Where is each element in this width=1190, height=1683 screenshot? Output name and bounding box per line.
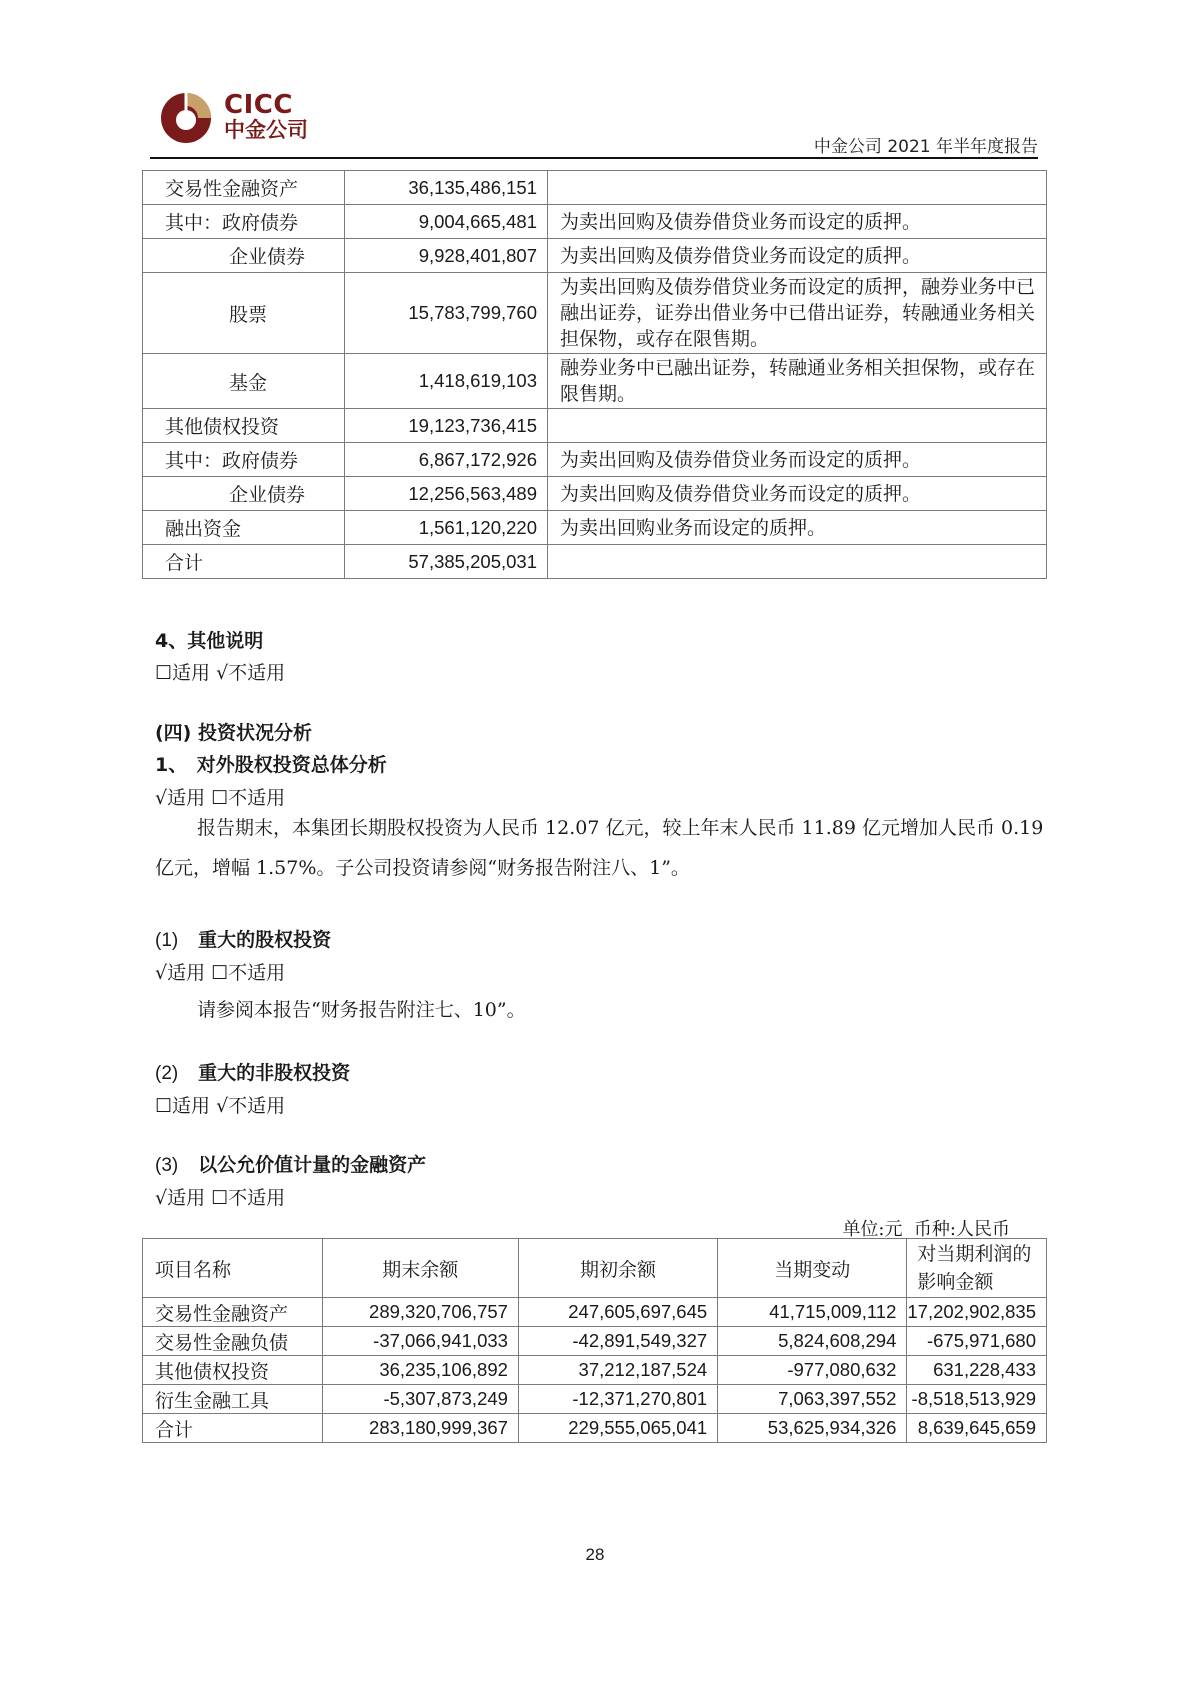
investment-analysis-heading: (四) 投资状况分析 [155,718,312,745]
table-row: 交易性金融资产 36,135,486,151 [143,171,1047,205]
item-cell: 其他债权投资 [143,409,345,443]
note-cell [548,545,1047,579]
header-profit-impact: 对当期利润的影响金额 [907,1239,1047,1298]
value-cell: -8,518,513,929 [907,1385,1047,1414]
other-notes-applicability: ☐适用 √不适用 [155,658,285,685]
cicc-logo: CICC 中金公司 [158,88,318,148]
amount-cell: 9,928,401,807 [345,239,548,273]
logo-text-en: CICC [224,92,308,118]
amount-cell: 36,135,486,151 [345,171,548,205]
table-row: 融出资金 1,561,120,220 为卖出回购业务而设定的质押。 [143,511,1047,545]
item-cell: 企业债券 [143,477,345,511]
item-cell: 交易性金融资产 [143,171,345,205]
note-cell: 为卖出回购及债券借贷业务而设定的质押。 [548,239,1047,273]
value-cell: 41,715,009,112 [718,1298,907,1327]
value-cell: 247,605,697,645 [518,1298,717,1327]
item-cell: 基金 [143,354,345,409]
table-row: 其中：政府债券 9,004,665,481 为卖出回购及债券借贷业务而设定的质押… [143,205,1047,239]
fair-value-applicability: √适用 ☐不适用 [155,1183,285,1210]
value-cell: -5,307,873,249 [322,1385,518,1414]
value-cell: 631,228,433 [907,1356,1047,1385]
major-non-equity-number: (2) [155,1063,178,1084]
value-cell: -977,080,632 [718,1356,907,1385]
major-equity-heading: (1) 重大的股权投资 [155,925,331,952]
equity-overall-heading: 1、 对外股权投资总体分析 [155,750,387,777]
fair-value-heading: (3) 以公允价值计量的金融资产 [155,1150,426,1177]
logo-mark-icon [158,88,218,148]
amount-cell: 15,783,799,760 [345,273,548,354]
amount-cell: 57,385,205,031 [345,545,548,579]
table-row: 衍生金融工具 -5,307,873,249 -12,371,270,801 7,… [143,1385,1047,1414]
table-row: 企业债券 12,256,563,489 为卖出回购及债券借贷业务而设定的质押。 [143,477,1047,511]
fair-value-table: 项目名称 期末余额 期初余额 当期变动 对当期利润的影响金额 交易性金融资产 2… [142,1238,1047,1443]
item-cell: 企业债券 [143,239,345,273]
item-cell: 衍生金融工具 [143,1385,323,1414]
pledged-assets-table: 交易性金融资产 36,135,486,151 其中：政府债券 9,004,665… [142,170,1047,579]
value-cell: 37,212,187,524 [518,1356,717,1385]
item-cell: 交易性金融负债 [143,1327,323,1356]
amount-cell: 9,004,665,481 [345,205,548,239]
value-cell: 36,235,106,892 [322,1356,518,1385]
fair-value-number: (3) [155,1155,178,1176]
page-number: 28 [0,1545,1190,1565]
item-cell: 合计 [143,545,345,579]
table-row-total: 合计 283,180,999,367 229,555,065,041 53,62… [143,1414,1047,1443]
major-non-equity-applicability: ☐适用 √不适用 [155,1091,285,1118]
equity-overall-applicability: √适用 ☐不适用 [155,783,285,810]
header-period-change: 当期变动 [718,1239,907,1298]
note-cell: 融券业务中已融出证券，转融通业务相关担保物，或存在限售期。 [548,354,1047,409]
amount-cell: 1,561,120,220 [345,511,548,545]
value-cell: 5,824,608,294 [718,1327,907,1356]
item-cell: 其中：政府债券 [143,205,345,239]
value-cell: -675,971,680 [907,1327,1047,1356]
amount-cell: 6,867,172,926 [345,443,548,477]
logo-text-cn: 中金公司 [224,120,308,141]
value-cell: 8,639,645,659 [907,1414,1047,1443]
table-row: 交易性金融资产 289,320,706,757 247,605,697,645 … [143,1298,1047,1327]
equity-overall-paragraph: 报告期末，本集团长期股权投资为人民币 12.07 亿元，较上年末人民币 11.8… [155,808,1045,888]
value-cell: 289,320,706,757 [322,1298,518,1327]
fair-value-title: 以公允价值计量的金融资产 [198,1154,426,1176]
value-cell: 229,555,065,041 [518,1414,717,1443]
note-cell: 为卖出回购及债券借贷业务而设定的质押，融券业务中已融出证券，证券出借业务中已借出… [548,273,1047,354]
major-non-equity-title: 重大的非股权投资 [198,1062,350,1084]
table-row: 交易性金融负债 -37,066,941,033 -42,891,549,327 … [143,1327,1047,1356]
item-cell: 合计 [143,1414,323,1443]
table-row: 其中：政府债券 6,867,172,926 为卖出回购及债券借贷业务而设定的质押… [143,443,1047,477]
item-cell: 其他债权投资 [143,1356,323,1385]
major-equity-number: (1) [155,930,178,951]
note-cell: 为卖出回购及债券借贷业务而设定的质押。 [548,443,1047,477]
value-cell: 7,063,397,552 [718,1385,907,1414]
value-cell: -42,891,549,327 [518,1327,717,1356]
table-header-row: 项目名称 期末余额 期初余额 当期变动 对当期利润的影响金额 [143,1239,1047,1298]
header-item-name: 项目名称 [143,1239,323,1298]
note-cell [548,409,1047,443]
note-cell [548,171,1047,205]
value-cell: -37,066,941,033 [322,1327,518,1356]
table-row: 企业债券 9,928,401,807 为卖出回购及债券借贷业务而设定的质押。 [143,239,1047,273]
item-cell: 其中：政府债券 [143,443,345,477]
item-cell: 股票 [143,273,345,354]
table-row: 股票 15,783,799,760 为卖出回购及债券借贷业务而设定的质押，融券业… [143,273,1047,354]
value-cell: 283,180,999,367 [322,1414,518,1443]
major-equity-paragraph: 请参阅本报告“财务报告附注七、10”。 [197,995,526,1022]
header-ending-balance: 期末余额 [322,1239,518,1298]
item-cell: 融出资金 [143,511,345,545]
value-cell: 53,625,934,326 [718,1414,907,1443]
note-cell: 为卖出回购及债券借贷业务而设定的质押。 [548,477,1047,511]
table-row-total: 合计 57,385,205,031 [143,545,1047,579]
other-notes-heading: 4、其他说明 [155,626,263,653]
value-cell: 17,202,902,835 [907,1298,1047,1327]
amount-cell: 1,418,619,103 [345,354,548,409]
amount-cell: 12,256,563,489 [345,477,548,511]
header-divider [150,157,1038,159]
major-non-equity-heading: (2) 重大的非股权投资 [155,1058,350,1085]
major-equity-applicability: √适用 ☐不适用 [155,958,285,985]
table-row: 其他债权投资 36,235,106,892 37,212,187,524 -97… [143,1356,1047,1385]
major-equity-title: 重大的股权投资 [198,929,331,951]
note-cell: 为卖出回购及债券借贷业务而设定的质押。 [548,205,1047,239]
report-title: 中金公司 2021 年半年度报告 [814,132,1038,157]
value-cell: -12,371,270,801 [518,1385,717,1414]
item-cell: 交易性金融资产 [143,1298,323,1327]
header-opening-balance: 期初余额 [518,1239,717,1298]
note-cell: 为卖出回购业务而设定的质押。 [548,511,1047,545]
amount-cell: 19,123,736,415 [345,409,548,443]
table-row: 其他债权投资 19,123,736,415 [143,409,1047,443]
table-row: 基金 1,418,619,103 融券业务中已融出证券，转融通业务相关担保物，或… [143,354,1047,409]
